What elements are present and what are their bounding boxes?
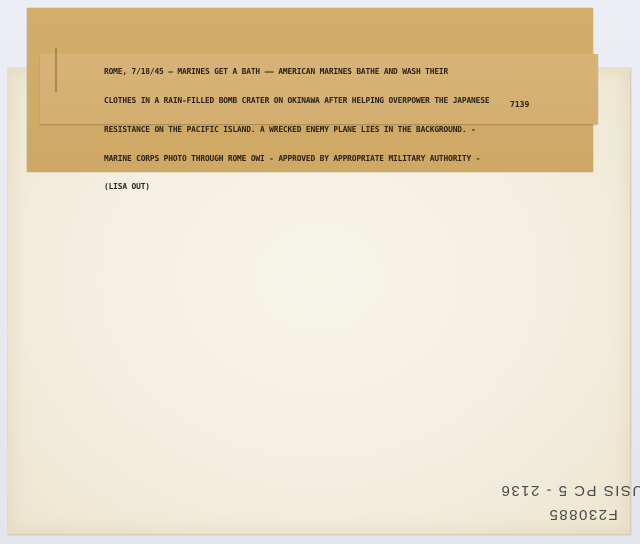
handwritten-catalog-number: F230885 xyxy=(548,506,618,523)
paper-crease xyxy=(55,48,57,92)
caption-reference-number: 7139 xyxy=(510,100,529,109)
handwritten-usis-note: USIS PC 5 - 2136 xyxy=(500,482,640,499)
caption-line-5: (LISA OUT) xyxy=(104,182,603,192)
caption-line-3: RESISTANCE ON THE PACIFIC ISLAND. A WREC… xyxy=(104,125,603,135)
caption-line-4: MARINE CORPS PHOTO THROUGH ROME OWI - AP… xyxy=(104,154,603,164)
typed-caption: ROME, 7/18/45 — MARINES GET A BATH —— AM… xyxy=(104,48,603,202)
caption-line-1: ROME, 7/18/45 — MARINES GET A BATH —— AM… xyxy=(104,67,603,77)
